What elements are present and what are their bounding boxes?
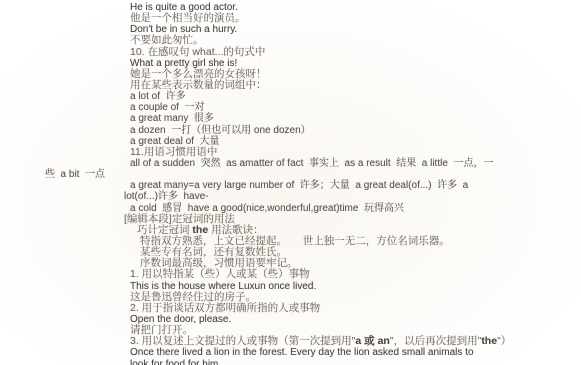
- doc-line-5: 10. 在感叹句 what...的句式中: [130, 47, 581, 58]
- doc-line-17: a great many=a very large number of 许多；大…: [130, 180, 581, 191]
- doc-text: look for food for him.: [130, 359, 221, 365]
- doc-text: a great many 很多: [130, 113, 214, 124]
- document-page: He is quite a good actor.他是一个相当好的演员。Don'…: [0, 0, 581, 365]
- doc-line-28: 2. 用于指谈话双方都明确所指的人或事物: [130, 303, 581, 314]
- doc-line-29: Open the door, please.: [130, 314, 581, 325]
- doc-text: 些 a bit 一点: [45, 169, 105, 180]
- doc-line-33: look for food for him.: [130, 359, 581, 365]
- doc-text: a couple of 一对: [130, 102, 204, 113]
- doc-text: 2. 用于指谈话双方都明确所指的人或事物: [130, 302, 320, 314]
- doc-text: "）: [497, 335, 511, 347]
- doc-text: a dozen 一打（但也可以用 one dozen）: [130, 125, 311, 136]
- doc-text: all of a sudden 突然 as amatter of fact 事实…: [130, 158, 493, 169]
- doc-text-bold: the: [481, 335, 497, 347]
- doc-text: a great many=a very large number of 许多；大…: [130, 180, 468, 191]
- doc-line-31: 3. 用以复述上文提过的人或事物（第一次提到用"a 或 an"，以后再次提到用"…: [130, 336, 581, 347]
- doc-text: 他是一个相当好的演员。: [130, 12, 246, 24]
- doc-line-10: a couple of 一对: [130, 102, 581, 113]
- doc-line-25: 1. 用以特指某（些）人或某（些）事物: [130, 269, 581, 280]
- doc-text: 用在某些表示数量的词组中：: [130, 79, 267, 91]
- doc-line-32: Once there lived a lion in the forest. E…: [130, 347, 581, 358]
- doc-text: 3. 用以复述上文提过的人或事物（第一次提到用": [130, 335, 355, 347]
- doc-line-16: 些 a bit 一点: [45, 169, 581, 180]
- doc-text-bold: a 或 an: [355, 335, 389, 347]
- doc-line-2: 他是一个相当好的演员。: [130, 13, 581, 24]
- doc-text: lot(of...)许多 have-: [124, 191, 208, 202]
- doc-text: 1. 用以特指某（些）人或某（些）事物: [130, 268, 310, 280]
- doc-text: 11.用语习惯用语中: [130, 146, 217, 158]
- doc-line-18: lot(of...)许多 have-: [124, 191, 581, 202]
- doc-line-11: a great many 很多: [130, 113, 581, 124]
- doc-line-14: 11.用语习惯用语中: [130, 147, 581, 158]
- doc-text: "，以后再次提到用": [390, 335, 481, 347]
- doc-text: Once there lived a lion in the forest. E…: [130, 347, 474, 358]
- doc-line-8: 用在某些表示数量的词组中：: [130, 80, 581, 91]
- doc-text: 10. 在感叹句 what...的句式中: [130, 46, 265, 58]
- doc-line-15: all of a sudden 突然 as amatter of fact 事实…: [130, 158, 581, 169]
- document-body: He is quite a good actor.他是一个相当好的演员。Don'…: [0, 2, 581, 365]
- doc-line-9: a lot of 许多: [130, 91, 581, 102]
- doc-text: a lot of 许多: [130, 91, 186, 102]
- doc-line-12: a dozen 一打（但也可以用 one dozen）: [130, 125, 581, 136]
